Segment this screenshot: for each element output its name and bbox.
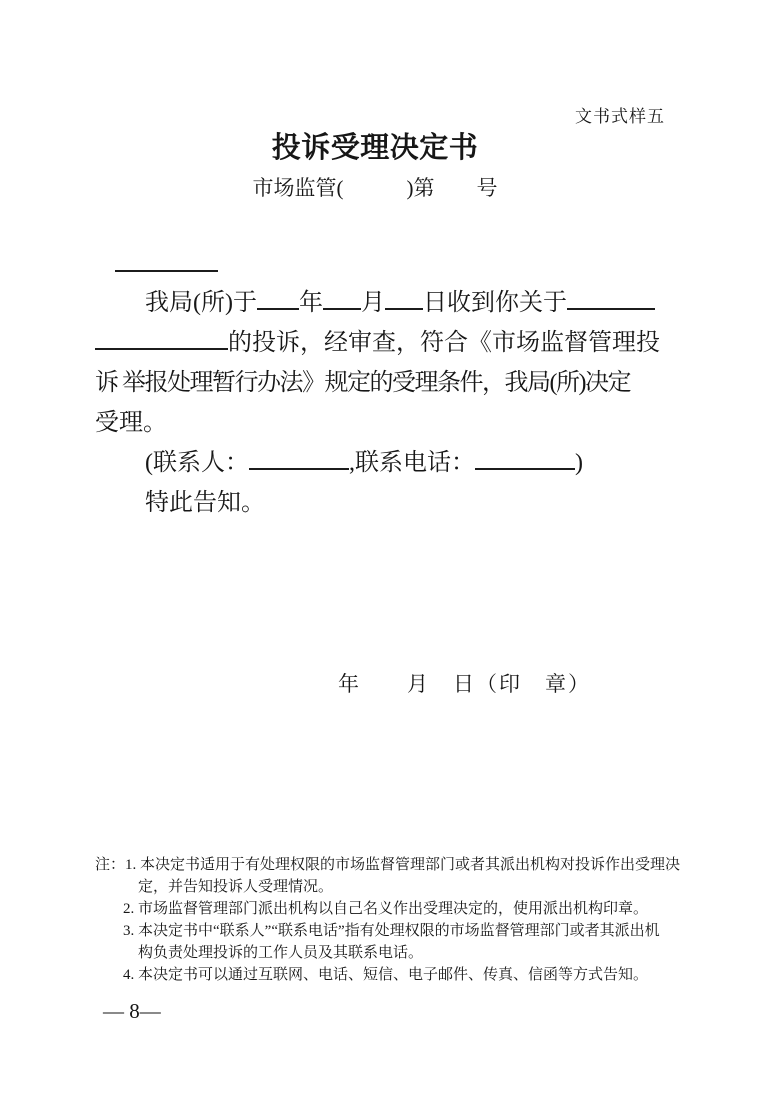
- body-line: 受理。: [95, 403, 670, 443]
- body-text-segment: 的投诉，经审查，符合《市场监督管理投: [228, 330, 660, 356]
- fill-in-blank-contact-name: [249, 466, 349, 470]
- body-text-segment: 月: [361, 290, 385, 316]
- body-line: 诉 举报处理暂行办法》规定的受理条件，我局(所)决定: [95, 363, 670, 403]
- body-line: 特此告知。: [95, 483, 670, 523]
- notes-block: 注：1. 本决定书适用于有处理权限的市场监督管理部门或者其派出机构对投诉作出受理…: [95, 854, 685, 986]
- addressee-blank-line: [115, 256, 218, 272]
- fill-in-blank-month: [323, 306, 361, 310]
- body-text-segment: 年: [299, 290, 323, 316]
- body-text-segment: 日收到你关于: [423, 290, 567, 316]
- note-line: 注：1. 本决定书适用于有处理权限的市场监督管理部门或者其派出机构对投诉作出受理…: [95, 854, 685, 876]
- note-line: 3. 本决定书中“联系人”“联系电话”指有处理权限的市场监督管理部门或者其派出机: [95, 920, 685, 942]
- document-page: 文书式样五 投诉受理决定书 市场监管( )第 号 我局(所)于年月日收到你关于 …: [0, 0, 770, 1099]
- note-line: 定，并告知投诉人受理情况。: [95, 876, 685, 898]
- fill-in-blank-subject-cont: [95, 346, 228, 350]
- note-line: 构负责处理投诉的工作人员及其联系电话。: [95, 942, 685, 964]
- fill-in-blank-year: [257, 306, 299, 310]
- doc-style-label: 文书式样五: [575, 102, 667, 127]
- body-text-segment: 特此告知。: [145, 490, 265, 516]
- body-text-segment: (联系人：: [145, 450, 249, 476]
- fill-in-blank-day: [385, 306, 423, 310]
- doc-number-line: 市场监管( )第 号: [85, 172, 665, 202]
- fill-in-blank-subject: [567, 306, 655, 310]
- fill-in-blank-contact-phone: [475, 466, 575, 470]
- note-line: 4. 本决定书可以通过互联网、电话、短信、电子邮件、传真、信函等方式告知。: [95, 964, 685, 986]
- note-line: 2. 市场监督管理部门派出机构以自己名义作出受理决定的，使用派出机构印章。: [95, 898, 685, 920]
- body-text-segment: ,联系电话：: [349, 450, 475, 476]
- body-line: (联系人：,联系电话：): [95, 443, 670, 483]
- body-text-segment: 诉 举报处理暂行办法》规定的受理条件，我局(所)决定: [95, 370, 630, 396]
- body-text-segment: ): [575, 450, 583, 476]
- doc-title: 投诉受理决定书: [85, 125, 665, 166]
- body-text-segment: 我局(所)于: [145, 290, 257, 316]
- body-line: 我局(所)于年月日收到你关于: [95, 283, 670, 323]
- page-number: — 8—: [103, 999, 161, 1024]
- body-text: 我局(所)于年月日收到你关于 的投诉，经审查，符合《市场监督管理投 诉 举报处理…: [95, 283, 670, 523]
- body-text-segment: 受理。: [95, 410, 167, 436]
- date-signature-line: 年 月 日（印 章）: [338, 668, 591, 698]
- body-line: 的投诉，经审查，符合《市场监督管理投: [95, 323, 670, 363]
